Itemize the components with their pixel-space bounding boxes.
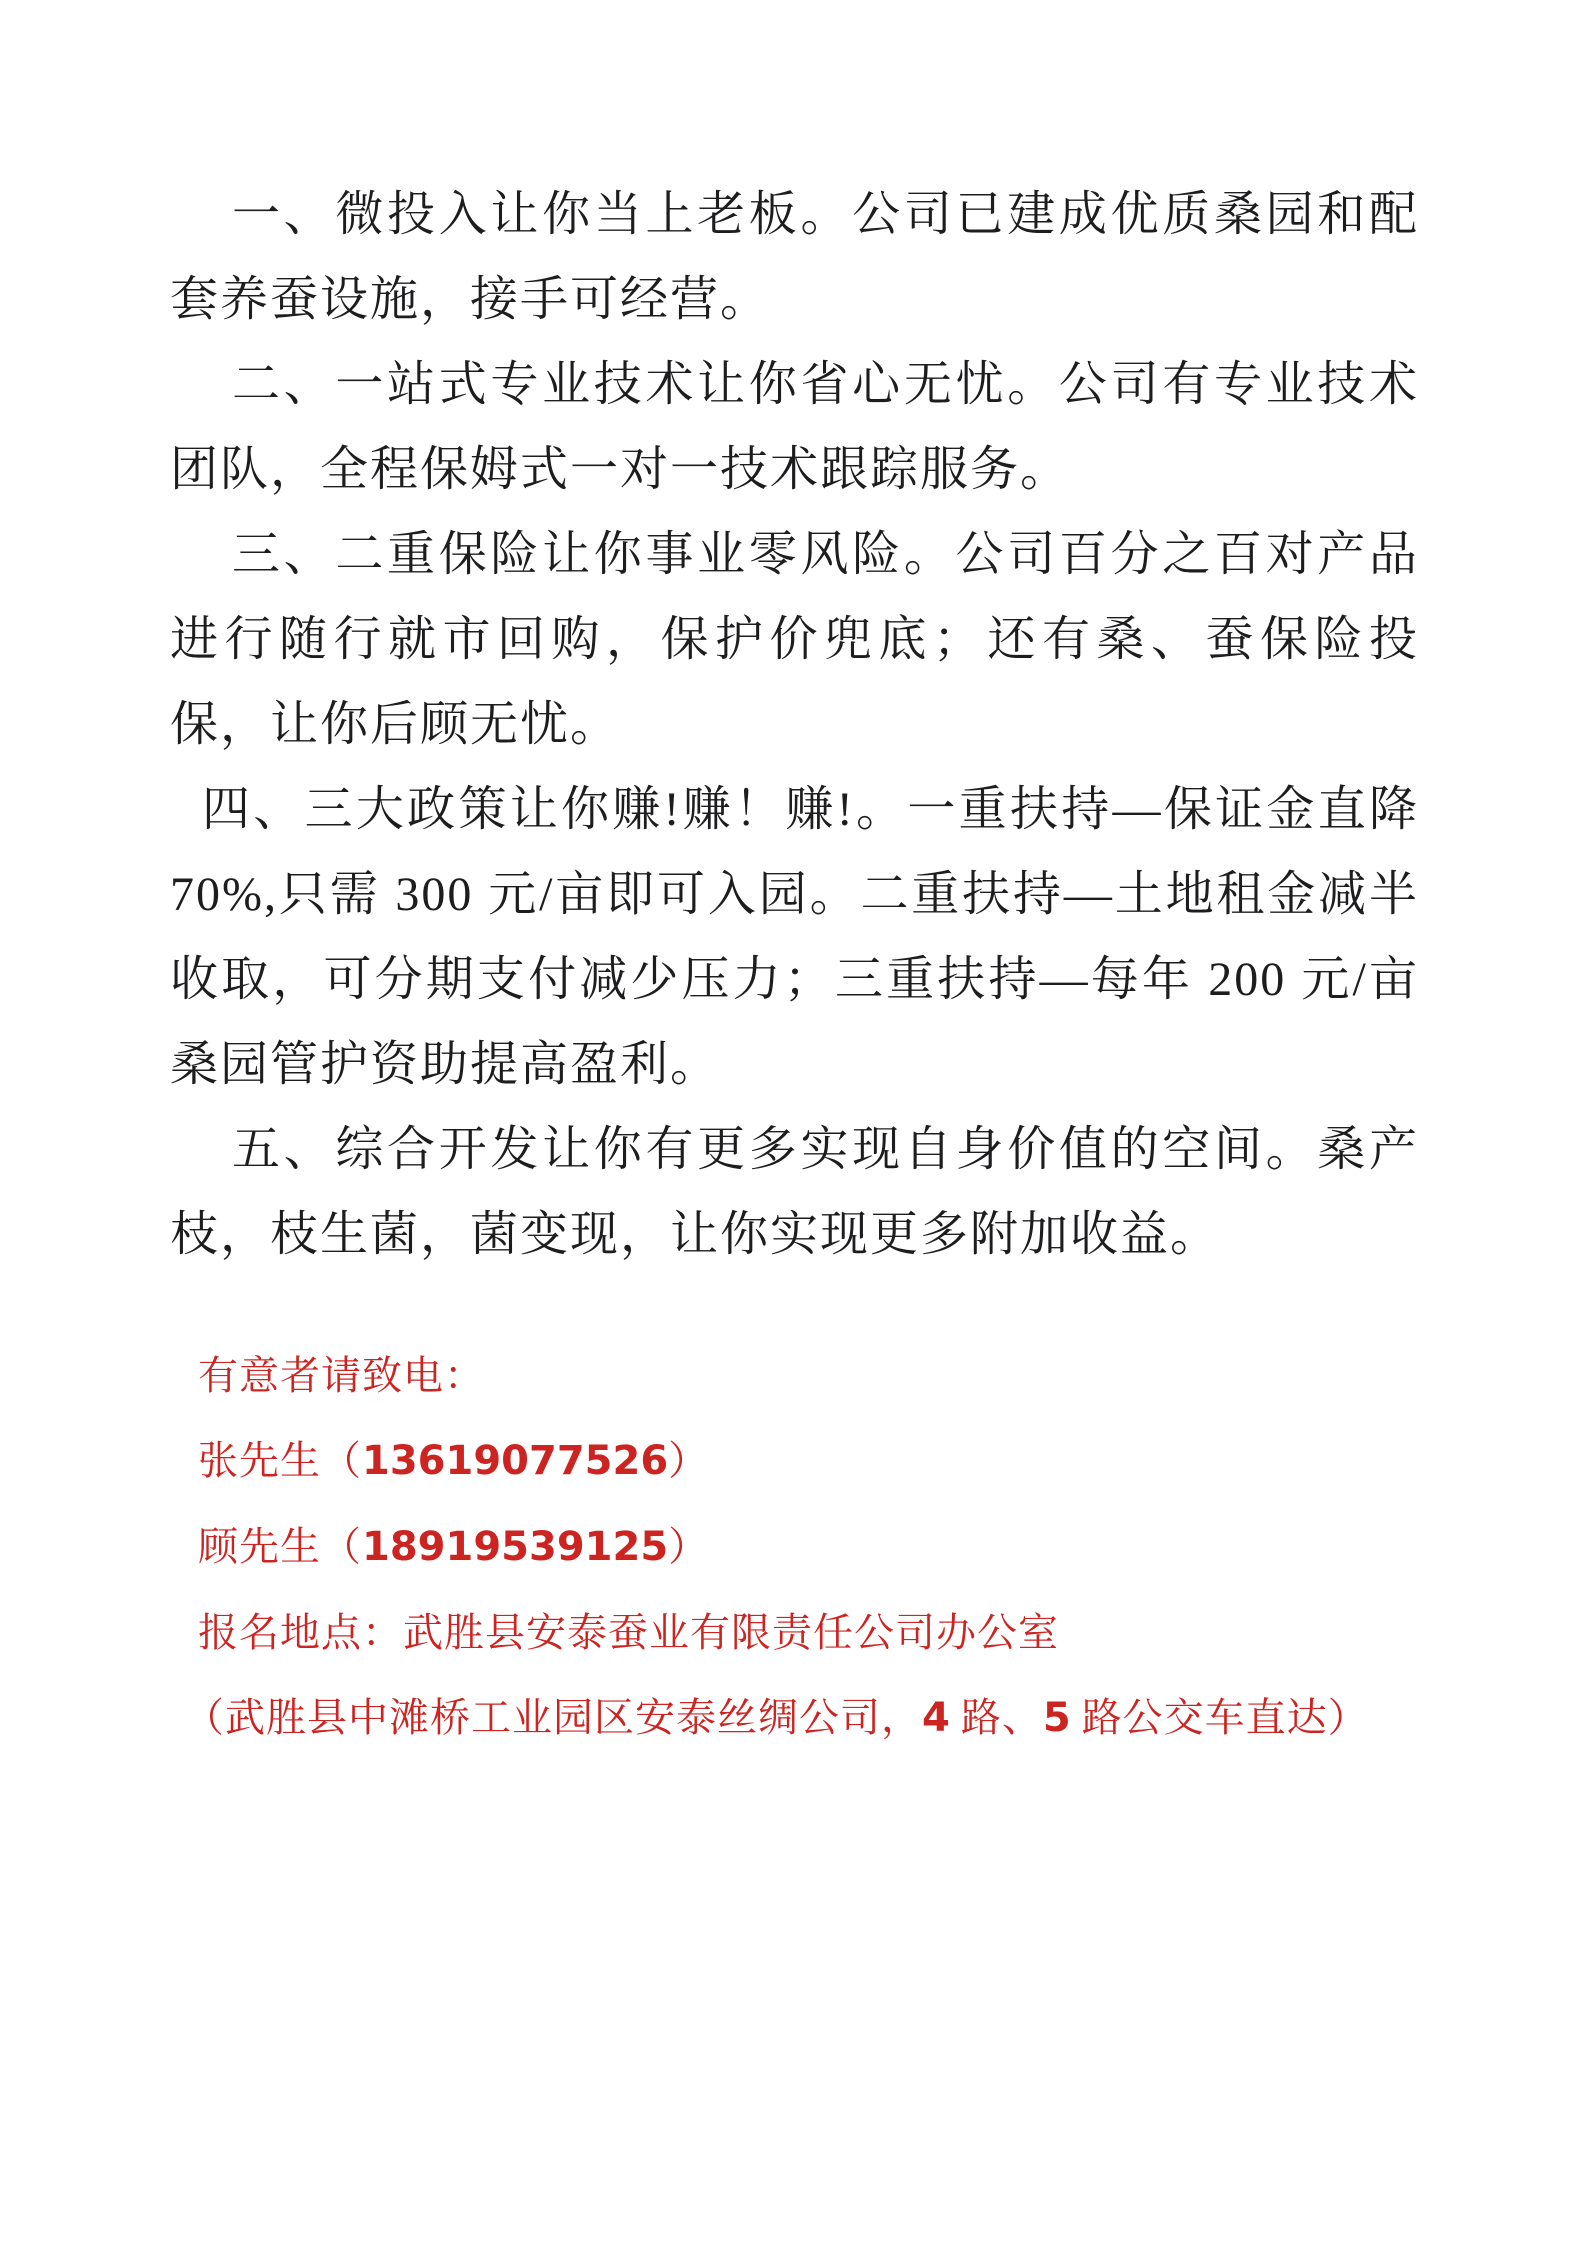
body-paragraph-5: 五、综合开发让你有更多实现自身价值的空间。桑产枝，枝生菌，菌变现，让你实现更多附… [170, 1107, 1419, 1277]
document-page: 一、微投入让你当上老板。公司已建成优质桑园和配套养蚕设施，接手可经营。 二、一站… [0, 0, 1587, 2245]
phone-number-1: 13619077526 [362, 1438, 668, 1484]
address-note-line: （武胜县中滩桥工业园区安泰丝绸公司，4 路、5 路公交车直达） [184, 1675, 1419, 1761]
contact-section: 有意者请致电： 张先生（13619077526） 顾先生（18919539125… [170, 1333, 1419, 1761]
bus-route-number-5: 5 [1043, 1695, 1071, 1741]
contact-name-1: 张先生（ [198, 1438, 362, 1483]
contact-close-paren-1: ） [668, 1438, 709, 1483]
address-note-part-1: （武胜县中滩桥工业园区安泰丝绸公司， [184, 1695, 922, 1740]
body-paragraph-2: 二、一站式专业技术让你省心无忧。公司有专业技术团队，全程保姆式一对一技术跟踪服务… [170, 342, 1419, 512]
registration-address-line: 报名地点：武胜县安泰蚕业有限责任公司办公室 [198, 1590, 1419, 1675]
bus-route-number-4: 4 [922, 1695, 950, 1741]
body-paragraph-4: 四、三大政策让你赚!赚！赚!。一重扶持—保证金直降70%,只需 300 元/亩即… [170, 767, 1419, 1107]
contact-close-paren-2: ） [668, 1524, 709, 1569]
contact-name-2: 顾先生（ [198, 1524, 362, 1569]
contact-phone-line-1: 张先生（13619077526） [198, 1418, 1419, 1504]
contact-heading: 有意者请致电： [198, 1333, 1419, 1418]
body-paragraph-1: 一、微投入让你当上老板。公司已建成优质桑园和配套养蚕设施，接手可经营。 [170, 172, 1419, 342]
address-note-part-3: 路公交车直达） [1071, 1695, 1369, 1740]
contact-phone-line-2: 顾先生（18919539125） [198, 1504, 1419, 1590]
address-note-part-2: 路、 [950, 1695, 1043, 1740]
phone-number-2: 18919539125 [362, 1524, 668, 1570]
document-body: 一、微投入让你当上老板。公司已建成优质桑园和配套养蚕设施，接手可经营。 二、一站… [170, 172, 1419, 1277]
body-paragraph-3: 三、二重保险让你事业零风险。公司百分之百对产品进行随行就市回购，保护价兜底；还有… [170, 512, 1419, 767]
